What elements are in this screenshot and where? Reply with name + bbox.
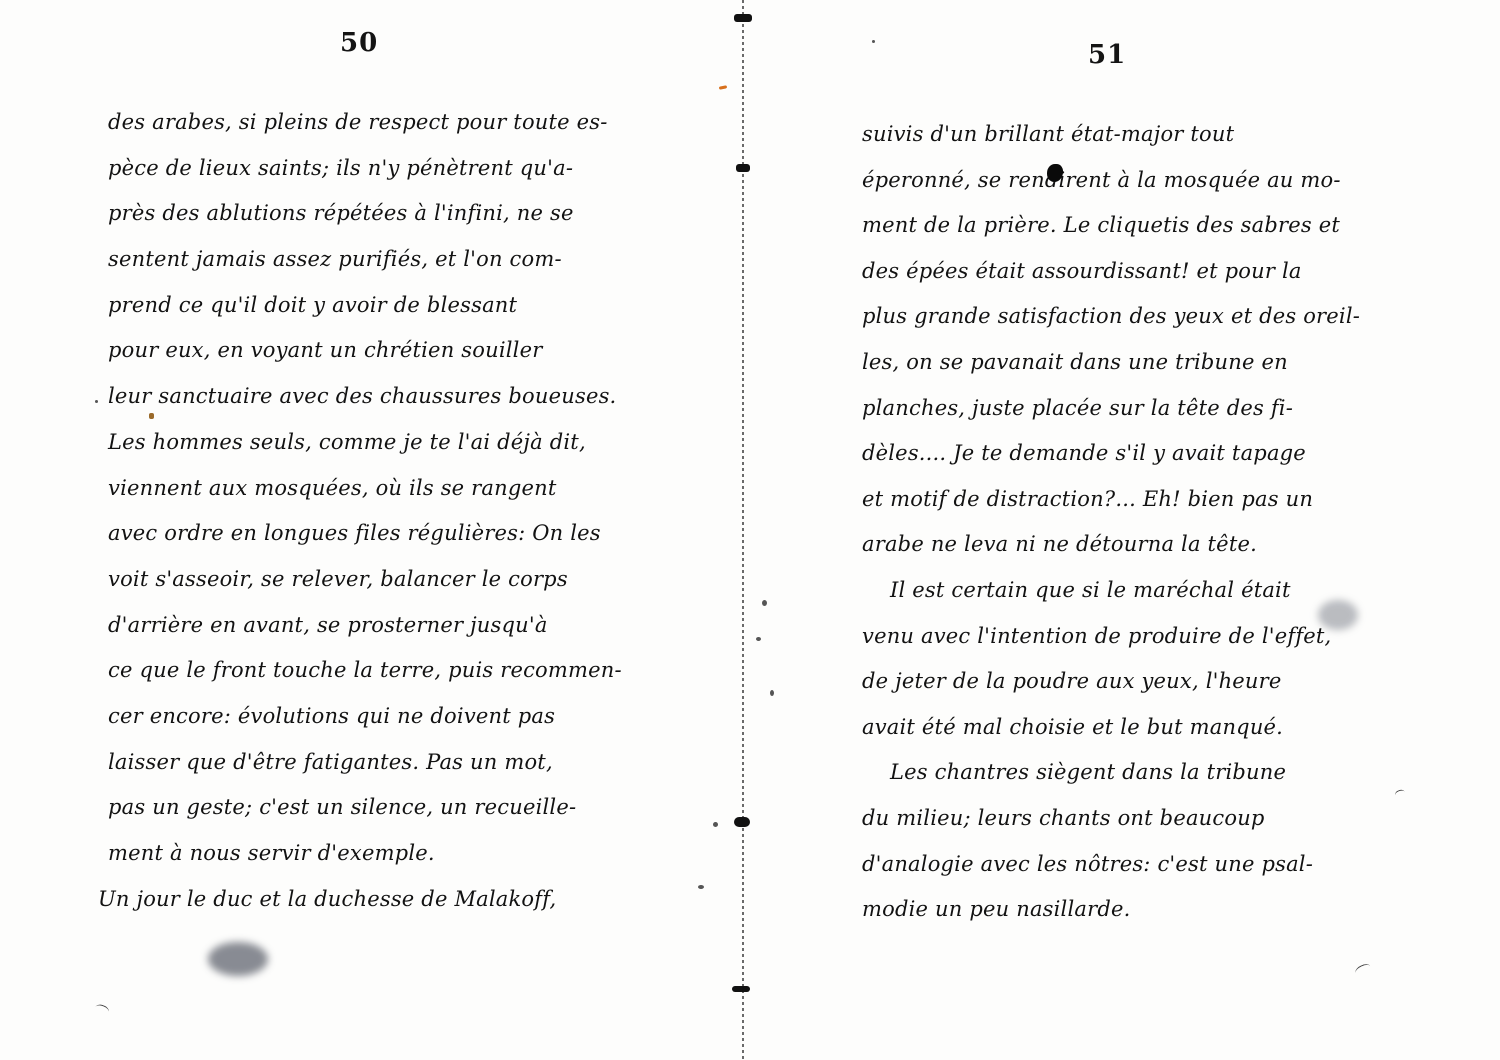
scan-speckle	[762, 600, 767, 606]
text-line: Les chantres siègent dans la tribune	[862, 750, 1372, 796]
text-line: de jeter de la poudre aux yeux, l'heure	[862, 659, 1372, 705]
text-line: avait été mal choisie et le but manqué.	[862, 705, 1372, 751]
left-page-text: des arabes, si pleins de respect pour to…	[108, 100, 628, 922]
scan-speckle	[713, 822, 718, 827]
right-page-text: suivis d'un brillant état-major tout épe…	[862, 112, 1372, 933]
page-number-right: 51	[1088, 40, 1126, 70]
text-line: ce que le front touche la terre, puis re…	[108, 648, 628, 694]
ink-smudge	[1318, 600, 1358, 630]
text-line: modie un peu nasillarde.	[862, 887, 1372, 933]
text-line: plus grande satisfaction des yeux et des…	[862, 294, 1372, 340]
scan-speckle	[872, 40, 875, 43]
text-line: Un jour le duc et la duchesse de Malakof…	[98, 877, 628, 923]
left-page: 50 des arabes, si pleins de respect pour…	[0, 0, 742, 1060]
text-line: Les hommes seuls, comme je te l'ai déjà …	[108, 420, 628, 466]
text-line: ment de la prière. Le cliquetis des sabr…	[862, 203, 1372, 249]
text-line: et motif de distraction?... Eh! bien pas…	[862, 477, 1372, 523]
scan-speckle	[95, 400, 98, 403]
ink-smudge	[208, 942, 268, 976]
text-line: cer encore: évolutions qui ne doivent pa…	[108, 694, 628, 740]
text-line: les, on se pavanait dans une tribune en	[862, 340, 1372, 386]
scan-speckle	[770, 690, 774, 696]
text-line: suivis d'un brillant état-major tout	[862, 112, 1372, 158]
right-page: 51 suivis d'un brillant état-major tout …	[744, 0, 1500, 1060]
page-number-left: 50	[340, 28, 378, 58]
text-line: ment à nous servir d'exemple.	[108, 831, 628, 877]
text-line: sentent jamais assez purifiés, et l'on c…	[108, 237, 628, 283]
text-line: des épées était assourdissant! et pour l…	[862, 249, 1372, 295]
text-line: voit s'asseoir, se relever, balancer le …	[108, 557, 628, 603]
text-line: laisser que d'être fatigantes. Pas un mo…	[108, 740, 628, 786]
text-line: venu avec l'intention de produire de l'e…	[862, 614, 1372, 660]
scan-speckle	[698, 885, 704, 889]
scan-speckle	[756, 637, 761, 641]
text-line: dèles.... Je te demande s'il y avait tap…	[862, 431, 1372, 477]
text-line: avec ordre en longues files régulières: …	[108, 511, 628, 557]
text-line: planches, juste placée sur la tête des f…	[862, 386, 1372, 432]
text-line: pour eux, en voyant un chrétien souiller	[108, 328, 628, 374]
text-line: du milieu; leurs chants ont beaucoup	[862, 796, 1372, 842]
text-line: leur sanctuaire avec des chaussures boue…	[108, 374, 628, 420]
text-line: Il est certain que si le maréchal était	[862, 568, 1372, 614]
text-line: pèce de lieux saints; ils n'y pénètrent …	[108, 146, 628, 192]
text-line: arabe ne leva ni ne détourna la tête.	[862, 522, 1372, 568]
text-line: d'arrière en avant, se prosterner jusqu'…	[108, 603, 628, 649]
text-line: des arabes, si pleins de respect pour to…	[108, 100, 628, 146]
text-line: près des ablutions répétées à l'infini, …	[108, 191, 628, 237]
text-line: viennent aux mosquées, où ils se rangent	[108, 466, 628, 512]
text-line: éperonné, se rendirent à la mosquée au m…	[862, 158, 1372, 204]
text-line: prend ce qu'il doit y avoir de blessant	[108, 283, 628, 329]
manuscript-spread: 50 des arabes, si pleins de respect pour…	[0, 0, 1500, 1060]
text-line: d'analogie avec les nôtres: c'est une ps…	[862, 842, 1372, 888]
text-line: pas un geste; c'est un silence, un recue…	[108, 785, 628, 831]
stain-mark	[149, 413, 154, 419]
